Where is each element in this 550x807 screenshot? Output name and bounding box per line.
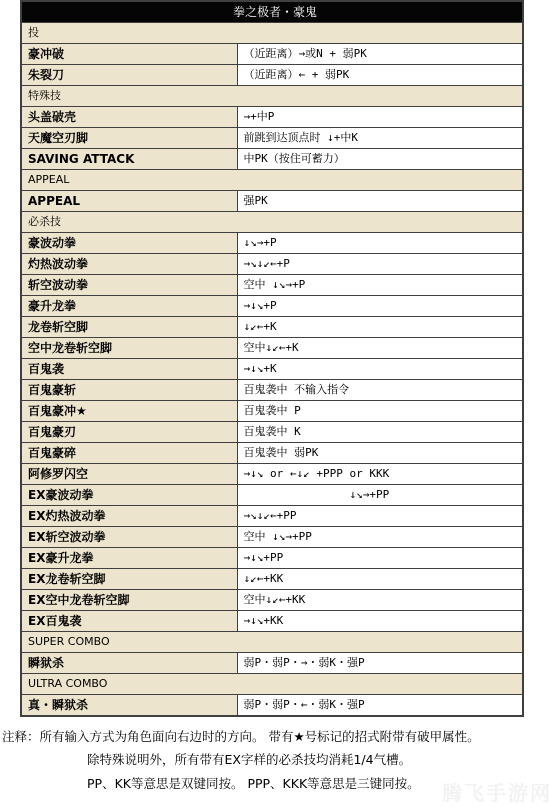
move-name: SAVING ATTACK (21, 149, 237, 170)
watermark: 腾飞手游网 (442, 777, 550, 806)
move-input: 前跳到达顶点时 ↓+中K (237, 128, 523, 149)
move-input: （近距离）← + 弱PK (237, 65, 523, 86)
move-row: 阿修罗闪空→↓↘ or ←↓↙ +PPP or KKK (21, 464, 523, 485)
move-input: →↓↘ or ←↓↙ +PPP or KKK (237, 464, 523, 485)
move-name: 头盖破壳 (21, 107, 237, 128)
move-input: 百鬼袭中 K (237, 422, 523, 443)
table-title: 拳之极者・豪鬼 (21, 1, 523, 23)
move-row: EX斩空波动拳空中 ↓↘→+PP (21, 527, 523, 548)
move-row: 空中龙卷斩空脚空中↓↙←+K (21, 338, 523, 359)
move-row: EX豪升龙拳→↓↘+PP (21, 548, 523, 569)
move-row: 百鬼豪碎百鬼袭中 弱PK (21, 443, 523, 464)
move-input: →↓↘+K (237, 359, 523, 380)
move-input: 强PK (237, 191, 523, 212)
move-row: 龙卷斩空脚↓↙←+K (21, 317, 523, 338)
move-input: 百鬼袭中 P (237, 401, 523, 422)
move-list-table: 拳之极者・豪鬼 投豪冲破（近距离）→或N + 弱PK朱裂刀（近距离）← + 弱P… (20, 0, 524, 717)
move-name: 豪波动拳 (21, 233, 237, 254)
move-name: 豪升龙拳 (21, 296, 237, 317)
move-input: →↓↘+P (237, 296, 523, 317)
move-row: 真・瞬狱杀弱P・弱P・←・弱K・强P (21, 695, 523, 717)
move-input: 空中↓↙←+KK (237, 590, 523, 611)
move-input: →↓↘+PP (237, 548, 523, 569)
move-name: APPEAL (21, 191, 237, 212)
move-input: 弱P・弱P・←・弱K・强P (237, 695, 523, 717)
move-input: ↓↙←+KK (237, 569, 523, 590)
move-row: EX龙卷斩空脚↓↙←+KK (21, 569, 523, 590)
move-row: 豪升龙拳→↓↘+P (21, 296, 523, 317)
move-name: EX斩空波动拳 (21, 527, 237, 548)
move-row: 百鬼豪斩百鬼袭中 不输入指令 (21, 380, 523, 401)
section-header-row: 投 (21, 23, 523, 44)
move-row: 百鬼袭→↓↘+K (21, 359, 523, 380)
move-name: 百鬼豪斩 (21, 380, 237, 401)
move-row: 豪波动拳↓↘→+P (21, 233, 523, 254)
note-line-2: 除特殊说明外，所有带有EX字样的必杀技均消耗1/4气槽。 (87, 749, 411, 770)
move-name: 天魔空刃脚 (21, 128, 237, 149)
section-label: 特殊技 (21, 86, 523, 107)
move-name: 瞬狱杀 (21, 653, 237, 674)
move-input: 弱P・弱P・→・弱K・强P (237, 653, 523, 674)
move-row: 灼热波动拳→↘↓↙←+P (21, 254, 523, 275)
move-input: 中PK（按住可蓄力） (237, 149, 523, 170)
move-input: 空中↓↙←+K (237, 338, 523, 359)
section-label: ULTRA COMBO (21, 674, 523, 695)
move-row: EX空中龙卷斩空脚空中↓↙←+KK (21, 590, 523, 611)
move-row: 百鬼豪冲★百鬼袭中 P (21, 401, 523, 422)
move-row: 斩空波动拳空中 ↓↘→+P (21, 275, 523, 296)
move-name: 豪冲破 (21, 44, 237, 65)
move-name: 百鬼豪冲★ (21, 401, 237, 422)
move-row: 天魔空刃脚前跳到达顶点时 ↓+中K (21, 128, 523, 149)
move-input: →+中P (237, 107, 523, 128)
section-label: 投 (21, 23, 523, 44)
section-label: APPEAL (21, 170, 523, 191)
move-name: 灼热波动拳 (21, 254, 237, 275)
table-title-row: 拳之极者・豪鬼 (21, 1, 523, 23)
move-name: EX豪升龙拳 (21, 548, 237, 569)
note-line-3: PP、KK等意思是双键同按。 PPP、KKK等意思是三键同按。 (87, 773, 420, 794)
move-name: 百鬼豪刃 (21, 422, 237, 443)
move-row: 头盖破壳→+中P (21, 107, 523, 128)
move-input: 空中 ↓↘→+PP (237, 527, 523, 548)
section-label: 必杀技 (21, 212, 523, 233)
section-header-row: SUPER COMBO (21, 632, 523, 653)
move-input: （近距离）→或N + 弱PK (237, 44, 523, 65)
move-name: EX豪波动拳 (21, 485, 237, 506)
section-header-row: ULTRA COMBO (21, 674, 523, 695)
move-row: 瞬狱杀弱P・弱P・→・弱K・强P (21, 653, 523, 674)
section-header-row: 必杀技 (21, 212, 523, 233)
section-header-row: APPEAL (21, 170, 523, 191)
move-input: →↘↓↙←+PP (237, 506, 523, 527)
section-header-row: 特殊技 (21, 86, 523, 107)
move-name: 斩空波动拳 (21, 275, 237, 296)
move-name: EX空中龙卷斩空脚 (21, 590, 237, 611)
move-row: EX灼热波动拳→↘↓↙←+PP (21, 506, 523, 527)
move-name: 朱裂刀 (21, 65, 237, 86)
move-row: SAVING ATTACK中PK（按住可蓄力） (21, 149, 523, 170)
move-name: 真・瞬狱杀 (21, 695, 237, 717)
move-name: 阿修罗闪空 (21, 464, 237, 485)
move-input: →↓↘+KK (237, 611, 523, 632)
move-input: ↓↙←+K (237, 317, 523, 338)
move-name: EX灼热波动拳 (21, 506, 237, 527)
move-input: ↓↘→+PP (237, 485, 523, 506)
move-name: 百鬼袭 (21, 359, 237, 380)
move-input: 百鬼袭中 不输入指令 (237, 380, 523, 401)
move-name: 龙卷斩空脚 (21, 317, 237, 338)
move-row: 朱裂刀（近距离）← + 弱PK (21, 65, 523, 86)
move-input: 空中 ↓↘→+P (237, 275, 523, 296)
move-name: 空中龙卷斩空脚 (21, 338, 237, 359)
move-row: EX豪波动拳↓↘→+PP (21, 485, 523, 506)
move-name: EX龙卷斩空脚 (21, 569, 237, 590)
move-input: →↘↓↙←+P (237, 254, 523, 275)
move-row: APPEAL强PK (21, 191, 523, 212)
note-line-1: 注释：所有输入方式为角色面向右边时的方向。 带有★号标记的招式附带有破甲属性。 (2, 726, 480, 747)
section-label: SUPER COMBO (21, 632, 523, 653)
move-name: EX百鬼袭 (21, 611, 237, 632)
move-input: 百鬼袭中 弱PK (237, 443, 523, 464)
move-row: EX百鬼袭→↓↘+KK (21, 611, 523, 632)
move-row: 百鬼豪刃百鬼袭中 K (21, 422, 523, 443)
move-name: 百鬼豪碎 (21, 443, 237, 464)
move-row: 豪冲破（近距离）→或N + 弱PK (21, 44, 523, 65)
move-input: ↓↘→+P (237, 233, 523, 254)
